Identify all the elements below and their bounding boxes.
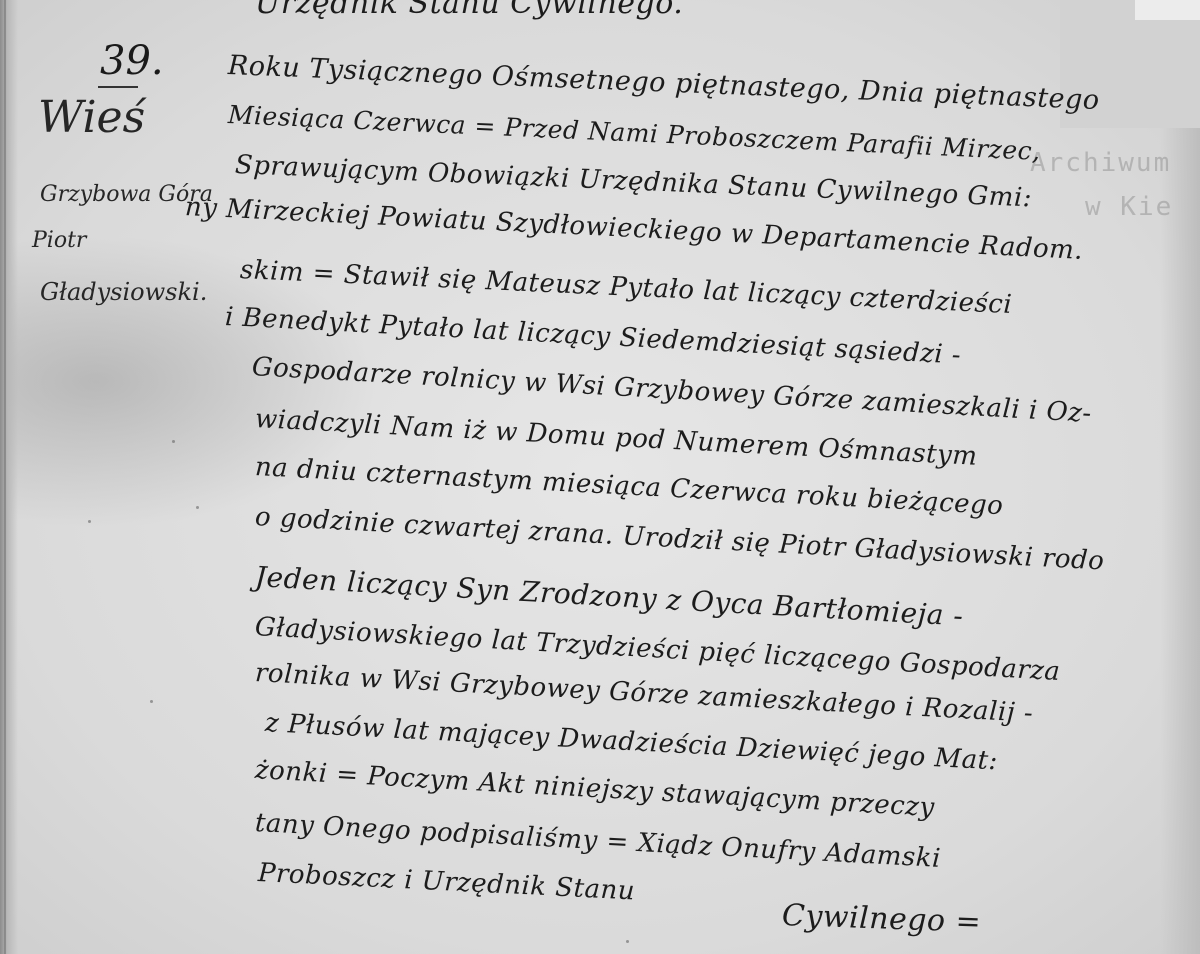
margin-child-surname: Gładysiowski. (40, 278, 207, 306)
header-fragment: Urzędnik Stanu Cywilnego. (255, 0, 683, 21)
paper-speck (172, 440, 175, 443)
scan-corner-highlight (1135, 0, 1200, 20)
paper-speck (150, 700, 153, 703)
paper-speck (626, 940, 629, 943)
paper-speck (88, 520, 91, 523)
archive-watermark-line-2: w Kie (1085, 192, 1173, 222)
record-number-underline (98, 86, 138, 88)
margin-village-label: Wieś (38, 92, 145, 143)
document-scan: Archiwum w Kie Urzędnik Stanu Cywilnego.… (0, 0, 1200, 954)
record-line-17: Proboszcz i Urzędnik Stanu (257, 858, 635, 906)
margin-child-first-name: Piotr (32, 228, 86, 253)
page-binding-edge (0, 0, 18, 954)
record-number: 39. (100, 38, 164, 84)
paper-speck (196, 506, 199, 509)
archive-watermark-line-1: Archiwum (1030, 148, 1171, 178)
page-right-shadow (1160, 0, 1200, 954)
page-edge-line (4, 0, 6, 954)
record-line-18: Cywilnego = (781, 898, 981, 940)
